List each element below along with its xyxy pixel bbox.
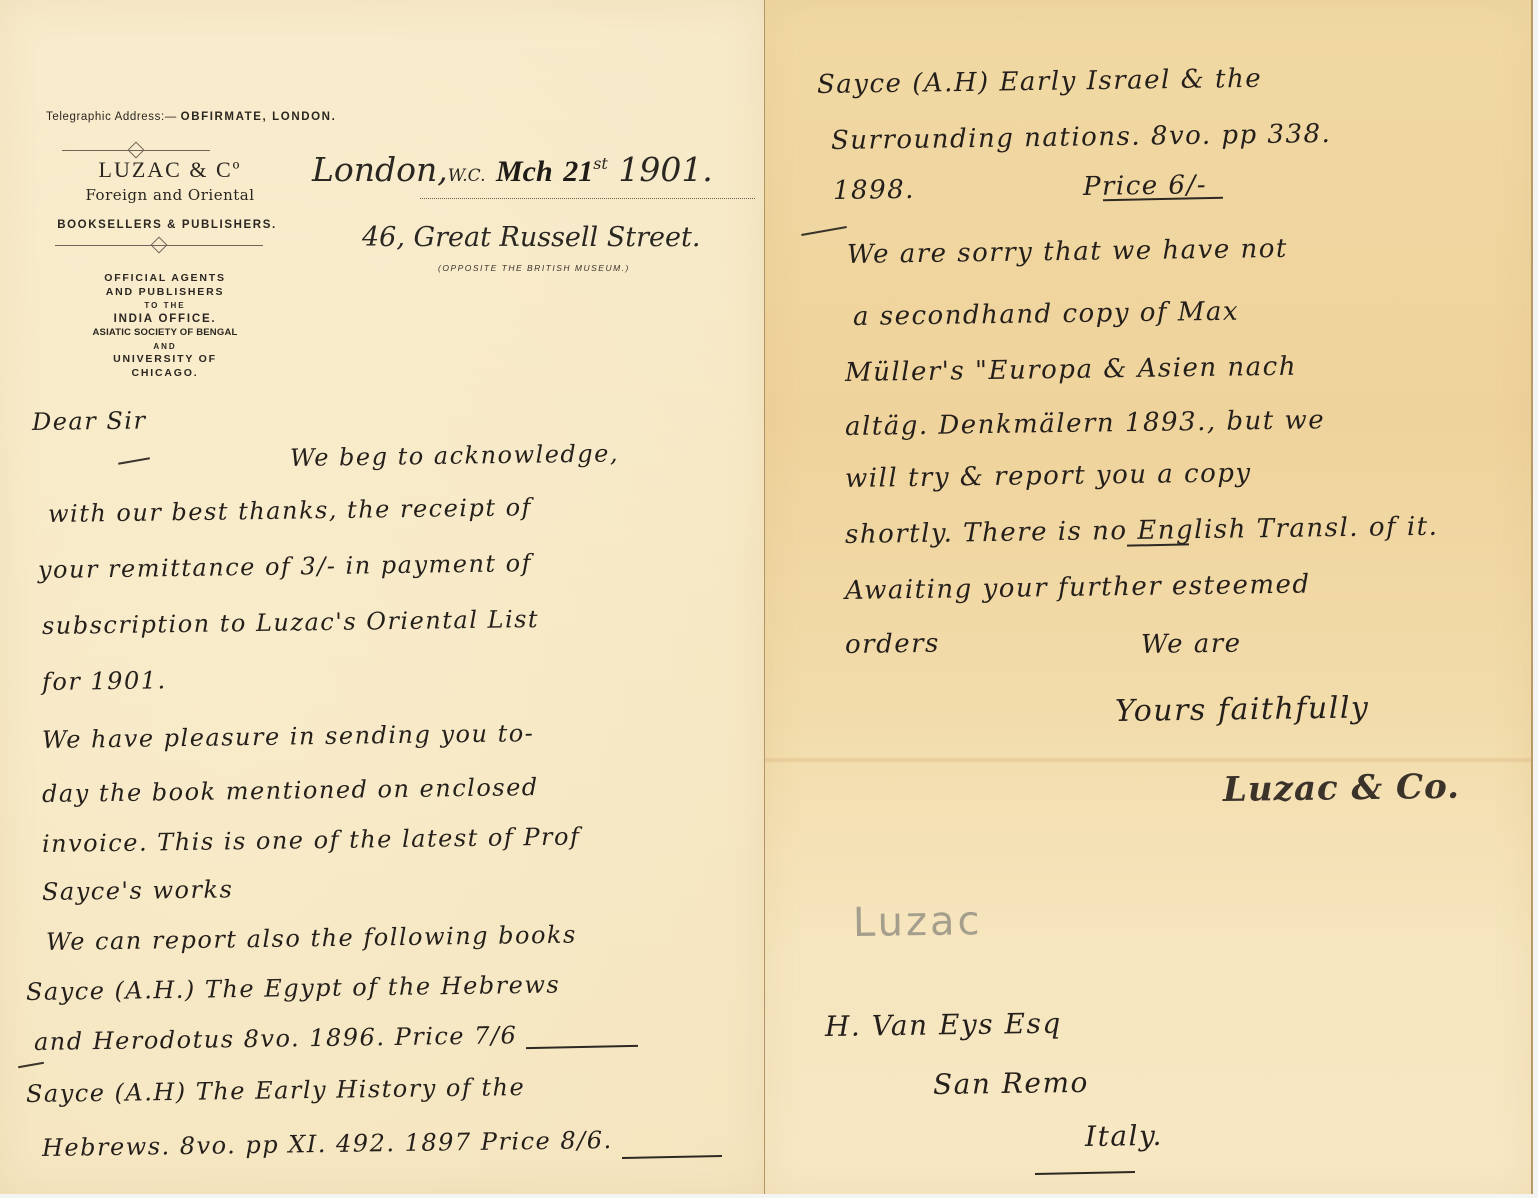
signature: Luzac & Co. — [1223, 767, 1461, 810]
salutation: Dear Sir — [32, 406, 147, 436]
date-dotted-rule — [420, 198, 755, 199]
official-agents-block: OFFICIAL AGENTS AND PUBLISHERS TO THE IN… — [60, 272, 270, 380]
company-trade: BOOKSELLERS & PUBLISHERS. — [36, 219, 298, 231]
closing-line: orders — [845, 629, 940, 660]
body-line: invoice. This is one of the latest of Pr… — [42, 822, 581, 858]
book-entry: Hebrews. 8vo. pp XI. 492. 1897 Price 8/6… — [42, 1126, 613, 1162]
dash-mark — [118, 457, 150, 464]
body-line: your remittance of 3/- in payment of — [38, 549, 532, 584]
book-entry: Surrounding nations. 8vo. pp 338. — [831, 119, 1332, 156]
book-entry: Sayce (A.H.) The Egypt of the Hebrews — [26, 971, 561, 1006]
body-line: We beg to acknowledge, — [290, 439, 619, 472]
english-underline — [1127, 543, 1189, 546]
agents-line: CHICAGO. — [60, 367, 270, 381]
letter-page-left: Telegraphic Address:— OBFIRMATE, LONDON.… — [0, 0, 765, 1194]
company-name: LUZAC & Cº — [60, 157, 280, 183]
closing-line: We are — [1141, 629, 1242, 660]
body-line: We can report also the following books — [46, 921, 577, 956]
book-entry: 1898. — [833, 175, 915, 206]
pencil-annotation: Luzac — [853, 898, 983, 946]
book-entry: and Herodotus 8vo. 1896. Price 7/6 — [34, 1021, 518, 1056]
date-ordinal: st — [593, 154, 608, 173]
date-day: 21 — [563, 155, 593, 188]
place-suffix: W.C. — [448, 166, 486, 186]
street-address: 46, Great Russell Street. — [362, 222, 700, 253]
agents-line: OFFICIAL AGENTS — [60, 272, 270, 286]
agents-line: AND PUBLISHERS — [60, 286, 270, 300]
price-underline — [526, 1045, 638, 1049]
body-line: We are sorry that we have not — [847, 234, 1288, 270]
agents-line: UNIVERSITY OF — [60, 353, 270, 367]
letter-page-right: Sayce (A.H) Early Israel & the Surroundi… — [765, 0, 1533, 1194]
street-note: (OPPOSITE THE BRITISH MUSEUM.) — [438, 263, 630, 273]
body-line: altäg. Denkmälern 1893., but we — [845, 405, 1326, 442]
book-entry: Sayce (A.H) The Early History of the — [26, 1073, 526, 1108]
valediction: Yours faithfully — [1115, 690, 1370, 729]
body-line: day the book mentioned on enclosed — [42, 773, 539, 808]
body-line: Müller's "Europa & Asien nach — [845, 352, 1297, 388]
date-month: Mch — [496, 155, 553, 188]
body-line: will try & report you a copy — [845, 458, 1252, 494]
place-and-date: London,W.C. Mch 21st 1901. — [312, 150, 713, 189]
telegraphic-label: Telegraphic Address:— — [46, 111, 177, 123]
agents-line: AND — [60, 340, 270, 354]
telegraphic-value: OBFIRMATE, LONDON. — [181, 111, 337, 123]
body-line: with our best thanks, the receipt of — [48, 493, 532, 528]
body-line: Awaiting your further esteemed — [845, 570, 1311, 606]
body-line: for 1901. — [42, 666, 167, 696]
country-underline — [1035, 1171, 1135, 1175]
paper-fold-line — [765, 757, 1531, 763]
ornament-divider-icon — [62, 150, 210, 151]
body-line: Sayce's works — [42, 875, 234, 906]
body-line: a secondhand copy of Max — [853, 297, 1240, 332]
addressee-city: San Remo — [933, 1066, 1089, 1101]
body-line: We have pleasure in sending you to- — [42, 719, 535, 754]
agents-line: ASIATIC SOCIETY OF BENGAL — [60, 326, 270, 340]
place-name: London, — [312, 150, 448, 189]
agents-line: TO THE — [60, 299, 270, 313]
book-entry: Sayce (A.H) Early Israel & the — [817, 64, 1263, 100]
body-line: subscription to Luzac's Oriental List — [42, 605, 539, 640]
date-year: 1901. — [618, 150, 712, 189]
price-underline — [622, 1155, 722, 1159]
dash-mark — [801, 226, 847, 236]
dash-mark — [18, 1062, 44, 1068]
company-tagline: Foreign and Oriental — [40, 186, 300, 204]
telegraphic-address: Telegraphic Address:— OBFIRMATE, LONDON. — [46, 111, 336, 123]
addressee-name: H. Van Eys Esq — [825, 1007, 1062, 1043]
ornament-divider-icon — [55, 245, 263, 246]
addressee-country: Italy. — [1085, 1119, 1163, 1153]
agents-line: INDIA OFFICE. — [60, 313, 270, 327]
